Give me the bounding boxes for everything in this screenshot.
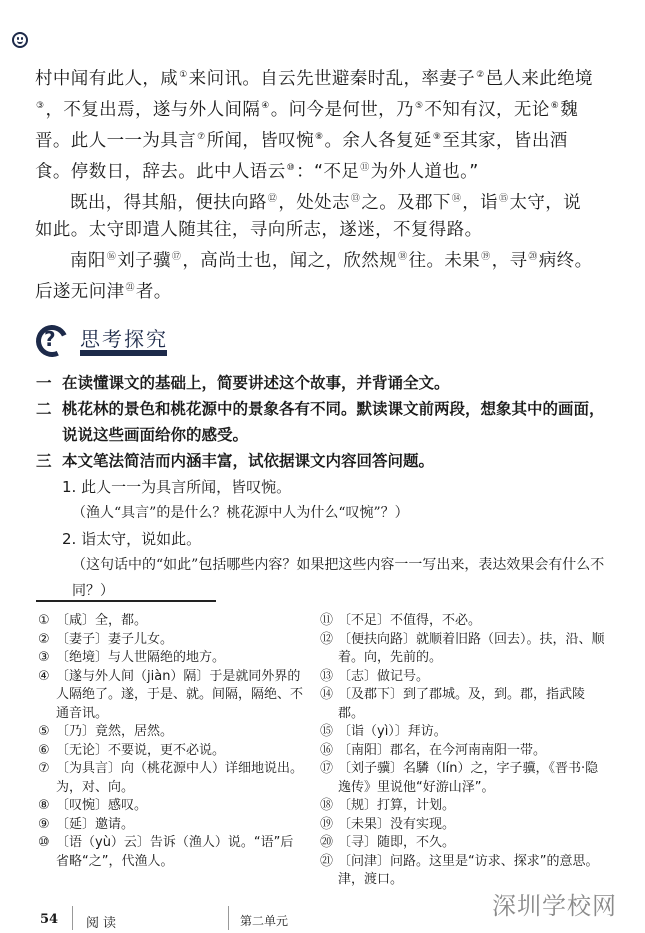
section-header: ? 思考探究: [36, 323, 236, 363]
lesson-text: 村中闻有此人，咸①来问讯。自云先世避秦时乱，率妻子②邑人来此绝境③，不复出焉，遂…: [35, 62, 595, 306]
footnote-marker: ②: [476, 70, 484, 80]
footnote: ⑯〔南阳〕郡名，在今河南南阳一带。: [320, 742, 610, 761]
watermark: 深圳学校网: [492, 886, 617, 921]
footnote-text: 〔规〕打算，计划。: [338, 797, 610, 816]
footnote-marker: ⑱: [398, 252, 407, 262]
footnote-text: 〔问津〕问路。这里是“访求、探求”的意思。津，渡口。: [338, 853, 610, 890]
footnote-number: ⑰: [320, 760, 338, 797]
footnote-number: ⑭: [320, 686, 338, 723]
footnote-marker: ⑭: [452, 194, 461, 204]
footnote-number: ⑥: [38, 742, 56, 761]
footnote-marker: ③: [36, 101, 44, 111]
footnote: ⑰〔刘子骥〕名驎（lín）之，字子骥，《晋书·隐逸传》里说他“好游山泽”。: [320, 760, 610, 797]
footnote-text: 〔为具言〕向（桃花源中人）详细地说出。为，对、向。: [56, 760, 303, 797]
lesson-paragraph: 村中闻有此人，咸①来问讯。自云先世避秦时乱，率妻子②邑人来此绝境③，不复出焉，遂…: [35, 62, 595, 186]
sub-question-label: 2. 诣太守，说如此。: [62, 526, 616, 552]
question-number: 一: [36, 370, 62, 396]
footnote: ⑥〔无论〕不要说，更不必说。: [38, 742, 303, 761]
footnote-number: ⑪: [320, 612, 338, 631]
footnote-number: ⑯: [320, 742, 338, 761]
footnote-marker: ⑳: [528, 252, 537, 262]
footnotes-right: ⑪〔不足〕不值得，不必。⑫〔便扶向路〕就顺着旧路（回去）。扶，沿、顺着。向，先前…: [320, 612, 610, 890]
footnote-text: 〔未果〕没有实现。: [338, 816, 610, 835]
footer-section: 阅读: [86, 912, 120, 931]
footnote-divider: [36, 600, 216, 602]
question-text: 桃花林的景色和桃花源中的景象各有不同。默读课文前两段，想象其中的画面，说说这些画…: [62, 396, 616, 448]
footnote-text: 〔南阳〕郡名，在今河南南阳一带。: [338, 742, 610, 761]
footnote-text: 〔遂与外人间（jiàn）隔〕于是就同外界的人隔绝了。遂，于是、就。间隔，隔绝、不…: [56, 668, 303, 724]
footnote: ⑩〔语（yù）云〕告诉（渔人）说。“语”后省略“之”，代渔人。: [38, 834, 303, 871]
footnote-number: ②: [38, 631, 56, 650]
footnote: ⑱〔规〕打算，计划。: [320, 797, 610, 816]
footnote-number: ④: [38, 668, 56, 724]
footnote-text: 〔咸〕全，都。: [56, 612, 303, 631]
footnote: ⑲〔未果〕没有实现。: [320, 816, 610, 835]
footnote-text: 〔延〕邀请。: [56, 816, 303, 835]
lesson-paragraph: 南阳⑯刘子骥⑰，高尚士也，闻之，欣然规⑱往。未果⑲，寻⑳病终。后遂无问津㉑者。: [35, 244, 595, 306]
question-number: 三: [36, 448, 62, 474]
footnote: ⑮〔诣（yì）〕拜访。: [320, 723, 610, 742]
sub-question: 1. 此人一一为具言所闻，皆叹惋。（渔人“具言”的是什么？桃花源中人为什么“叹惋…: [62, 474, 616, 526]
footnote-marker: ④: [261, 101, 269, 111]
footnote-marker: ⑧: [315, 132, 323, 142]
footnote-text: 〔刘子骥〕名驎（lín）之，字子骥，《晋书·隐逸传》里说他“好游山泽”。: [338, 760, 610, 797]
footnote-number: ⑤: [38, 723, 56, 742]
footnote-text: 〔便扶向路〕就顺着旧路（回去）。扶，沿、顺着。向，先前的。: [338, 631, 610, 668]
footnote-marker: ⑲: [481, 252, 490, 262]
footnote-text: 〔乃〕竟然，居然。: [56, 723, 303, 742]
footnote: ⑬〔志〕做记号。: [320, 668, 610, 687]
footnote-marker: ⑬: [351, 194, 360, 204]
footnote-marker: ⑪: [360, 163, 369, 173]
footnote-text: 〔寻〕随即，不久。: [338, 834, 610, 853]
footnotes-left: ①〔咸〕全，都。②〔妻子〕妻子儿女。③〔绝境〕与人世隔绝的地方。④〔遂与外人间（…: [38, 612, 303, 871]
question-text: 本文笔法简洁而内涵丰富，试依据课文内容回答问题。: [62, 448, 616, 474]
question-item: 二桃花林的景色和桃花源中的景象各有不同。默读课文前两段，想象其中的画面，说说这些…: [36, 396, 616, 448]
footnote-marker: ⑯: [107, 252, 116, 262]
footnote-marker: ①: [179, 70, 187, 80]
sub-question-hint: （渔人“具言”的是什么？桃花源中人为什么“叹惋”？）: [72, 500, 616, 526]
footer-divider: [72, 906, 73, 930]
footnote: ⑧〔叹惋〕感叹。: [38, 797, 303, 816]
footnote: ④〔遂与外人间（jiàn）隔〕于是就同外界的人隔绝了。遂，于是、就。间隔，隔绝、…: [38, 668, 303, 724]
footnote-number: ③: [38, 649, 56, 668]
questions-list: 一在读懂课文的基础上，简要讲述这个故事，并背诵全文。二桃花林的景色和桃花源中的景…: [36, 370, 616, 604]
sub-question-label: 1. 此人一一为具言所闻，皆叹惋。: [62, 474, 616, 500]
question-item: 一在读懂课文的基础上，简要讲述这个故事，并背诵全文。: [36, 370, 616, 396]
footnote-text: 〔叹惋〕感叹。: [56, 797, 303, 816]
footnote-marker: ⑰: [172, 252, 181, 262]
smiley-icon: [12, 32, 28, 48]
footnote: ①〔咸〕全，都。: [38, 612, 303, 631]
footnote: ⑨〔延〕邀请。: [38, 816, 303, 835]
footnote-number: ⑳: [320, 834, 338, 853]
footnote-number: ⑬: [320, 668, 338, 687]
question-number: 二: [36, 396, 62, 448]
footnote: ⑪〔不足〕不值得，不必。: [320, 612, 610, 631]
lesson-paragraph: 既出，得其船，便扶向路⑫，处处志⑬之。及郡下⑭，诣⑮太守，说如此。太守即遣人随其…: [35, 186, 595, 244]
footnote-marker: ⑨: [433, 132, 441, 142]
footnote-text: 〔及郡下〕到了郡城。及，到。郡，指武陵郡。: [338, 686, 610, 723]
footnote: ⑫〔便扶向路〕就顺着旧路（回去）。扶，沿、顺着。向，先前的。: [320, 631, 610, 668]
footnote-number: ⑫: [320, 631, 338, 668]
footnote: ⑳〔寻〕随即，不久。: [320, 834, 610, 853]
page-number: 54: [40, 912, 58, 927]
footnote-number: ⑦: [38, 760, 56, 797]
footnote-text: 〔语（yù）云〕告诉（渔人）说。“语”后省略“之”，代渔人。: [56, 834, 303, 871]
footnote: ㉑〔问津〕问路。这里是“访求、探求”的意思。津，渡口。: [320, 853, 610, 890]
footnote-number: ①: [38, 612, 56, 631]
footnote-text: 〔绝境〕与人世隔绝的地方。: [56, 649, 303, 668]
sub-question-hint: （这句话中的“如此”包括哪些内容？如果把这些内容一一写出来，表达效果会有什么不同…: [72, 552, 616, 604]
footnote-marker: ⑥: [551, 101, 559, 111]
footnote-number: ⑮: [320, 723, 338, 742]
footnote-number: ⑧: [38, 797, 56, 816]
section-title: 思考探究: [80, 323, 168, 352]
footnote-marker: ⑮: [499, 194, 508, 204]
footnote-marker: ⑤: [415, 101, 423, 111]
footnote-number: ⑲: [320, 816, 338, 835]
sub-question: 2. 诣太守，说如此。（这句话中的“如此”包括哪些内容？如果把这些内容一一写出来…: [62, 526, 616, 604]
textbook-page: 村中闻有此人，咸①来问讯。自云先世避秦时乱，率妻子②邑人来此绝境③，不复出焉，遂…: [0, 0, 645, 933]
footnote-text: 〔无论〕不要说，更不必说。: [56, 742, 303, 761]
question-text: 在读懂课文的基础上，简要讲述这个故事，并背诵全文。: [62, 370, 616, 396]
question-item: 三本文笔法简洁而内涵丰富，试依据课文内容回答问题。: [36, 448, 616, 474]
footnote-text: 〔妻子〕妻子儿女。: [56, 631, 303, 650]
footnote: ②〔妻子〕妻子儿女。: [38, 631, 303, 650]
footnote: ⑤〔乃〕竟然，居然。: [38, 723, 303, 742]
footnote-number: ㉑: [320, 853, 338, 890]
footer-unit: 第二单元: [240, 912, 288, 929]
footnote-marker: ⑦: [197, 132, 205, 142]
footnote-number: ⑨: [38, 816, 56, 835]
footnote: ⑦〔为具言〕向（桃花源中人）详细地说出。为，对、向。: [38, 760, 303, 797]
footnote-number: ⑱: [320, 797, 338, 816]
footnote-marker: ㉑: [126, 283, 135, 293]
footnote-text: 〔不足〕不值得，不必。: [338, 612, 610, 631]
footnote-marker: ⑩: [287, 163, 295, 173]
footnote-text: 〔志〕做记号。: [338, 668, 610, 687]
footnote-number: ⑩: [38, 834, 56, 871]
section-underline: [80, 350, 167, 356]
footer-divider: [228, 906, 229, 930]
footnote-marker: ⑫: [268, 194, 277, 204]
footnote: ⑭〔及郡下〕到了郡城。及，到。郡，指武陵郡。: [320, 686, 610, 723]
footnote-text: 〔诣（yì）〕拜访。: [338, 723, 610, 742]
footnote: ③〔绝境〕与人世隔绝的地方。: [38, 649, 303, 668]
